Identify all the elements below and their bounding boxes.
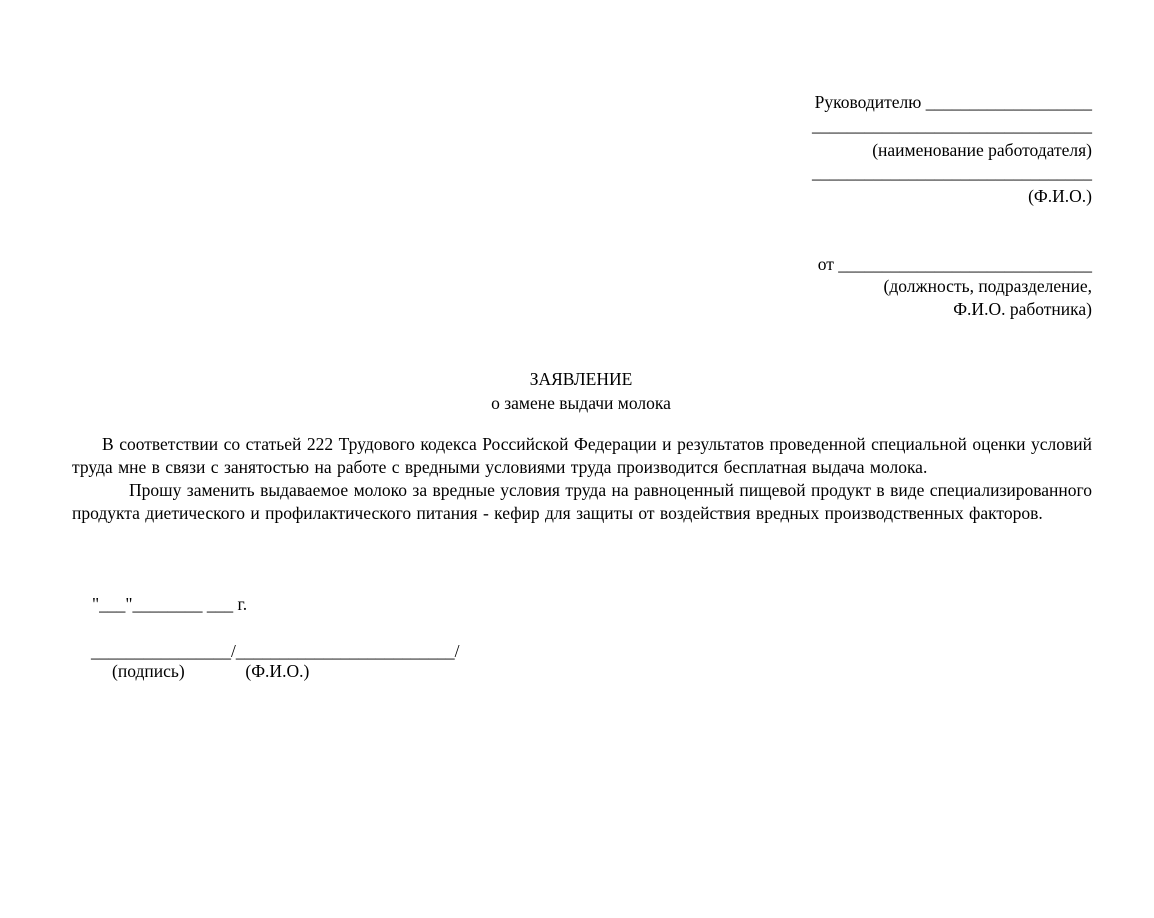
to-blank: ___________________ [926, 92, 1092, 112]
document-title-block: ЗАЯВЛЕНИЕ о замене выдачи молока [0, 367, 1154, 415]
fio-caption: (Ф.И.О.) [1028, 186, 1092, 207]
body-paragraph-1: В соответствии со статьей 222 Трудового … [72, 433, 1092, 479]
from-label: от [818, 254, 834, 274]
employer-caption: (наименование работодателя) [872, 140, 1092, 161]
fio-blank: ________________________________ [812, 162, 1092, 183]
from-caption-line2: Ф.И.О. работника) [953, 299, 1092, 320]
document-subtitle: о замене выдачи молока [0, 391, 1154, 415]
document-title: ЗАЯВЛЕНИЕ [0, 367, 1154, 391]
document-body: В соответствии со статьей 222 Трудового … [72, 433, 1092, 525]
date-line: "___"________ ___ г. [92, 594, 247, 615]
from-blank: _____________________________ [838, 254, 1092, 274]
to-line: Руководителю ___________________ [815, 92, 1092, 113]
to-label: Руководителю [815, 92, 922, 112]
from-line: от _____________________________ [818, 254, 1092, 275]
body-paragraph-2: Прошу заменить выдаваемое молоко за вред… [72, 479, 1092, 525]
signature-line: ________________/_______________________… [91, 641, 459, 662]
from-caption-line1: (должность, подразделение, [884, 276, 1092, 297]
signature-caption: (подпись) [112, 661, 185, 681]
employer-blank: ________________________________ [812, 115, 1092, 136]
signature-captions: (подпись) (Ф.И.О.) [112, 661, 309, 682]
signature-fio-caption: (Ф.И.О.) [245, 661, 309, 681]
